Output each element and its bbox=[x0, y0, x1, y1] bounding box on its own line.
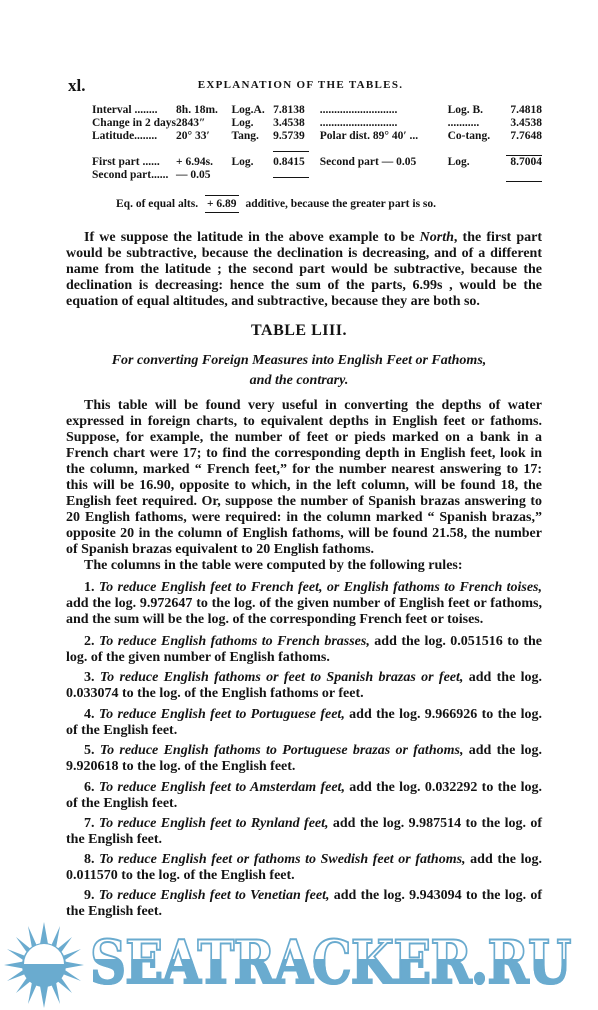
calc-function: Log. bbox=[232, 117, 274, 130]
rule-item: 8. To reduce English feet or fathoms to … bbox=[66, 852, 542, 884]
calc-label: Change in 2 days bbox=[92, 117, 176, 130]
calc-label: Second part...... bbox=[92, 169, 176, 182]
rule-number: 3. bbox=[84, 670, 95, 685]
paragraph-north: If we suppose the latitude in the above … bbox=[66, 230, 542, 310]
calc-label: First part ...... bbox=[92, 156, 176, 169]
rule-heading: To reduce English fathoms to French bras… bbox=[99, 634, 370, 649]
subtitle-line: For converting Foreign Measures into Eng… bbox=[0, 351, 598, 371]
running-head: xl. EXPLANATION OF THE TABLES. bbox=[68, 76, 533, 96]
rule-number: 2. bbox=[84, 634, 95, 649]
rule-number: 4. bbox=[84, 707, 95, 722]
table-subtitle: For converting Foreign Measures into Eng… bbox=[0, 351, 598, 391]
sum-rule-row bbox=[92, 143, 542, 156]
calc-label: Latitude........ bbox=[92, 130, 176, 143]
table-title: TABLE LIII. bbox=[0, 322, 598, 340]
calc-log: 3.4538 bbox=[273, 117, 320, 130]
calc-middle: ........................... bbox=[320, 104, 448, 117]
calc-value: + 6.94s. bbox=[176, 156, 231, 169]
emphasis: North bbox=[420, 230, 454, 245]
rule-heading: To reduce English feet to French feet, o… bbox=[99, 580, 542, 595]
rule-number: 5. bbox=[84, 743, 95, 758]
sum-rule bbox=[273, 177, 309, 178]
calc-function-2: Log. bbox=[448, 156, 498, 169]
calc-value: 2843″ bbox=[176, 117, 231, 130]
calc-function-2: ........... bbox=[448, 117, 498, 130]
paragraph-rules-intro: The columns in the table were computed b… bbox=[66, 558, 542, 574]
running-title: EXPLANATION OF THE TABLES. bbox=[68, 79, 533, 91]
rule-item: 9. To reduce English feet to Venetian fe… bbox=[66, 888, 542, 920]
rule-item: 7. To reduce English feet to Rynland fee… bbox=[66, 816, 542, 848]
calc-row-first-part: First part ...... + 6.94s. Log. 0.8415 S… bbox=[92, 156, 542, 169]
rule-item: 2. To reduce English fathoms to French b… bbox=[66, 634, 542, 666]
equation-value: + 6.89 bbox=[205, 195, 239, 213]
rule-item: 3. To reduce English fathoms or feet to … bbox=[66, 670, 542, 702]
equation-note: additive, because the greater part is so… bbox=[245, 198, 436, 210]
calc-log: 9.5739 bbox=[273, 130, 320, 143]
calc-row-second-part: Second part...... — 0.05 bbox=[92, 169, 542, 182]
sum-rule bbox=[273, 151, 309, 152]
text: If we suppose the latitude in the above … bbox=[84, 230, 420, 245]
calc-log-2: 7.7648 bbox=[497, 130, 542, 143]
calc-function: Tang. bbox=[232, 130, 274, 143]
calc-row: Change in 2 days 2843″ Log. 3.4538 .....… bbox=[92, 117, 542, 130]
calculation-table: Interval ........ 8h. 18m. Log.A. 7.8138… bbox=[92, 104, 542, 182]
equation-label: Eq. of equal alts. bbox=[116, 198, 198, 210]
calc-middle: Second part — 0.05 bbox=[320, 156, 448, 169]
text: This table will be found very useful in … bbox=[66, 398, 542, 557]
calc-function-2: Co-tang. bbox=[448, 130, 498, 143]
rule-heading: To reduce English fathoms or feet to Spa… bbox=[100, 670, 464, 685]
paragraph-intro: This table will be found very useful in … bbox=[66, 398, 542, 558]
calc-log-2: 3.4538 bbox=[497, 117, 542, 130]
watermark: SEATRACKER.RU bbox=[0, 920, 598, 1010]
rule-heading: To reduce English feet to Venetian feet, bbox=[99, 888, 330, 903]
calc-log: 7.8138 bbox=[273, 104, 320, 117]
rule-item: 5. To reduce English fathoms to Portugue… bbox=[66, 743, 542, 775]
rule-heading: To reduce English feet or fathoms to Swe… bbox=[99, 852, 465, 867]
calc-log-2: 8.7004 bbox=[497, 156, 542, 169]
rule-number: 7. bbox=[84, 816, 95, 831]
rule-number: 9. bbox=[84, 888, 95, 903]
calc-row: Interval ........ 8h. 18m. Log.A. 7.8138… bbox=[92, 104, 542, 117]
calc-value: — 0.05 bbox=[176, 169, 231, 182]
calc-value: 8h. 18m. bbox=[176, 104, 231, 117]
rule-item: 1. To reduce English feet to French feet… bbox=[66, 580, 542, 628]
equation-row: Eq. of equal alts. + 6.89 additive, beca… bbox=[116, 195, 436, 213]
sum-rule bbox=[506, 181, 542, 182]
rule-item: 4. To reduce English feet to Portuguese … bbox=[66, 707, 542, 739]
rule-number: 6. bbox=[84, 780, 95, 795]
rule-heading: To reduce English fathoms to Portuguese … bbox=[100, 743, 464, 758]
rule-number: 1. bbox=[84, 580, 95, 595]
calc-function-2: Log. B. bbox=[448, 104, 498, 117]
document-page: xl. EXPLANATION OF THE TABLES. Interval … bbox=[0, 0, 598, 1010]
sun-icon bbox=[2, 920, 86, 1010]
calc-log-2: 7.4818 bbox=[497, 104, 542, 117]
rule-heading: To reduce English feet to Portuguese fee… bbox=[99, 707, 345, 722]
calc-label: Interval ........ bbox=[92, 104, 176, 117]
calc-function: Log.A. bbox=[232, 104, 274, 117]
text: The columns in the table were computed b… bbox=[84, 558, 463, 573]
rule-heading: To reduce English feet to Rynland feet, bbox=[99, 816, 329, 831]
calc-value: 20° 33′ bbox=[176, 130, 231, 143]
calc-middle: ........................... bbox=[320, 117, 448, 130]
watermark-text: SEATRACKER.RU bbox=[90, 928, 571, 998]
subtitle-line: and the contrary. bbox=[0, 371, 598, 391]
rule-number: 8. bbox=[84, 852, 95, 867]
calc-middle: Polar dist. 89° 40′ ... bbox=[320, 130, 448, 143]
calc-function: Log. bbox=[232, 156, 274, 169]
rule-text: add the log. 9.972647 to the log. of the… bbox=[66, 596, 542, 627]
calc-log: 0.8415 bbox=[273, 156, 320, 169]
rule-item: 6. To reduce English feet to Amsterdam f… bbox=[66, 780, 542, 812]
rule-heading: To reduce English feet to Amsterdam feet… bbox=[99, 780, 345, 795]
calc-row: Latitude........ 20° 33′ Tang. 9.5739 Po… bbox=[92, 130, 542, 143]
